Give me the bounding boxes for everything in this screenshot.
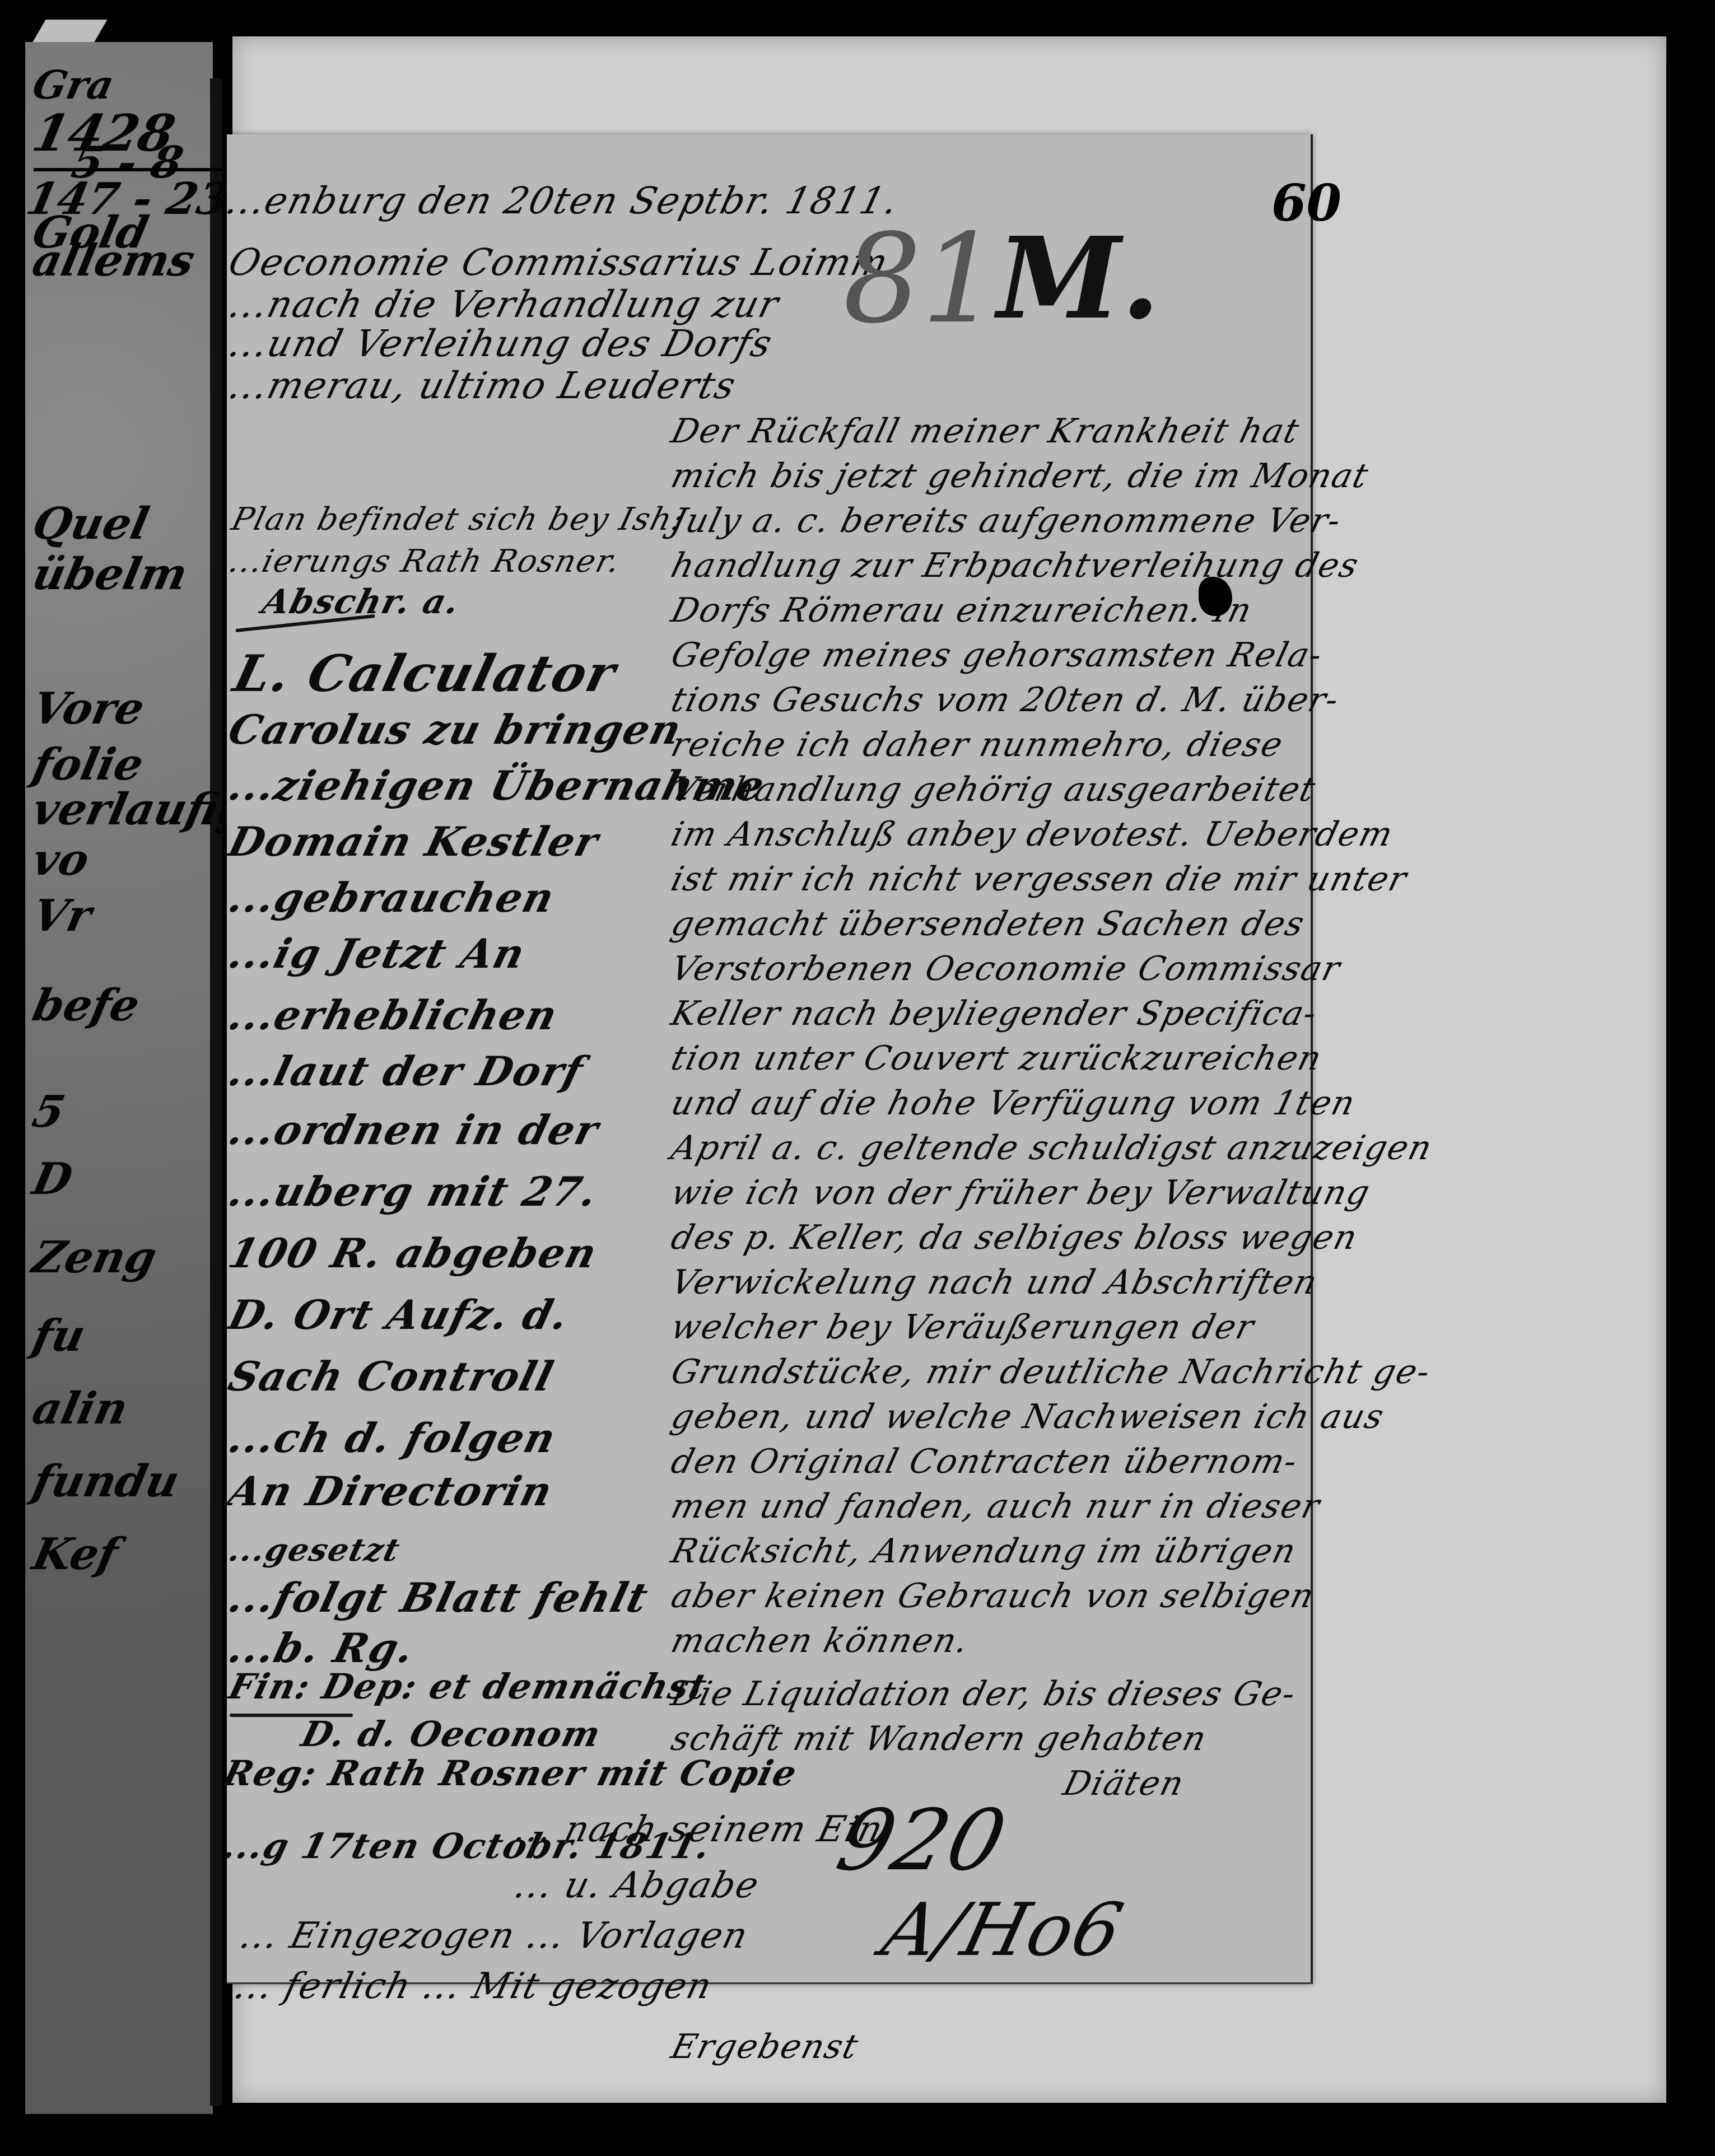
footer-line: ... nach seinem Ein bbox=[510, 1809, 888, 1850]
margin-line: ...b. Rg. bbox=[223, 1624, 420, 1672]
header-line: ...nach die Verhandlung zur bbox=[224, 283, 784, 326]
body-line: des p. Keller, da selbiges bloss wegen bbox=[667, 1218, 1362, 1257]
margin-line: ...ierungs Rath Rosner. bbox=[225, 543, 625, 580]
body-line: Gefolge meines gehorsamsten Rela- bbox=[667, 636, 1327, 675]
circled-number: 81 bbox=[843, 207, 1000, 351]
place-date: ...enburg den 20ten Septbr. 1811. bbox=[221, 179, 903, 222]
amount: 920 bbox=[828, 1792, 1016, 1889]
body-line: aber keinen Gebrauch von selbigen bbox=[667, 1576, 1318, 1616]
folio-number: 60 bbox=[1271, 174, 1341, 233]
spine-line: verlaufig bbox=[28, 784, 254, 835]
body-line: schäft mit Wandern gehabten bbox=[667, 1719, 1211, 1758]
body-line: Verwickelung nach und Abschriften bbox=[667, 1263, 1322, 1302]
margin-line: D. Ort Aufz. d. bbox=[223, 1291, 574, 1338]
body-line: im Anschluß anbey devotest. Ueberdem bbox=[667, 815, 1397, 854]
spine-tab bbox=[32, 20, 107, 42]
spine-line: Vore bbox=[28, 683, 148, 734]
body-line: geben, und welche Nachweisen ich aus bbox=[667, 1397, 1388, 1436]
body-line: Diäten bbox=[1059, 1764, 1189, 1803]
spine-line: Gra bbox=[29, 62, 118, 108]
header-line: ...merau, ultimo Leuderts bbox=[224, 364, 740, 407]
margin-line: ...gebrauchen bbox=[223, 874, 560, 921]
reference-code: A/Ho6 bbox=[874, 1887, 1132, 1972]
spine-line: übelm bbox=[28, 549, 192, 600]
spine-line: fundu bbox=[28, 1456, 184, 1507]
margin-line: Carolus zu bringen bbox=[223, 706, 687, 753]
margin-line: An Directorin bbox=[223, 1467, 558, 1515]
body-line: Grundstücke, mir deutliche Nachricht ge- bbox=[667, 1352, 1435, 1392]
margin-line: ...erheblichen bbox=[223, 991, 563, 1039]
margin-line: Domain Kestler bbox=[223, 818, 604, 865]
binding-gutter bbox=[210, 78, 222, 2106]
body-line: ist mir ich nicht vergessen die mir unte… bbox=[667, 860, 1411, 899]
margin-line: Sach Controll bbox=[223, 1352, 559, 1400]
footer-line: ... Eingezogen ... Vorlagen bbox=[236, 1915, 753, 1957]
body-line: Rücksicht, Anwendung im übrigen bbox=[667, 1532, 1301, 1571]
body-line: Verhandlung gehörig ausgearbeitet bbox=[667, 770, 1320, 809]
body-line: wie ich von der früher bey Verwaltung bbox=[667, 1173, 1374, 1212]
spine-line: befe bbox=[28, 980, 144, 1031]
spine-line: fu bbox=[28, 1310, 90, 1361]
margin-line: ...ordnen in der bbox=[223, 1106, 604, 1154]
spine-line: Quel bbox=[28, 498, 153, 549]
spine-line: Zeng bbox=[28, 1232, 161, 1283]
header-line: ...und Verleihung des Dorfs bbox=[224, 322, 777, 365]
footer-line: ... ferlich ... Mit gezogen bbox=[230, 1966, 717, 2007]
margin-line: D. d. Oeconom bbox=[297, 1714, 605, 1754]
spine-line: vo bbox=[28, 834, 94, 885]
body-line: men und fanden, auch nur in dieser bbox=[667, 1487, 1324, 1526]
body-line: und auf die hohe Verfügung vom 1ten bbox=[667, 1084, 1360, 1123]
body-line: machen können. bbox=[667, 1621, 973, 1660]
margin-line: ...folgt Blatt fehlt bbox=[223, 1574, 654, 1621]
bound-volume-spine bbox=[25, 42, 213, 2114]
body-line: Die Liquidation der, bis dieses Ge- bbox=[667, 1674, 1301, 1714]
signature: Ergebenst bbox=[667, 2027, 863, 2066]
initial-mark: M. bbox=[997, 213, 1160, 344]
body-line: Dorfs Römerau einzureichen. In bbox=[667, 591, 1256, 630]
body-line: Der Rückfall meiner Krankheit hat bbox=[667, 412, 1304, 451]
body-line: gemacht übersendeten Sachen des bbox=[667, 904, 1309, 944]
margin-line: ...laut der Dorf bbox=[223, 1047, 589, 1095]
spine-line: folie bbox=[28, 739, 148, 790]
header-line: Oeconomie Commissarius Loimm bbox=[224, 241, 893, 284]
body-line: April a. c. geltende schuldigst anzuzeig… bbox=[667, 1128, 1437, 1168]
body-line: den Original Contracten übernom- bbox=[667, 1442, 1302, 1481]
body-line: July a. c. bereits aufgenommene Ver- bbox=[667, 501, 1345, 540]
margin-line: ...gesetzt bbox=[225, 1532, 404, 1569]
body-line: welcher bey Veräußerungen der bbox=[667, 1308, 1259, 1347]
margin-line: L. Calculator bbox=[228, 644, 622, 703]
footer-line: ... u. Abgabe bbox=[510, 1865, 764, 1906]
body-line: mich bis jetzt gehindert, die im Monat bbox=[667, 456, 1373, 496]
margin-line: ...uberg mit 27. bbox=[223, 1168, 603, 1215]
spine-line: allems bbox=[28, 235, 199, 286]
body-line: tion unter Couvert zurückzureichen bbox=[667, 1039, 1326, 1078]
margin-line: ...ig Jetzt An bbox=[223, 930, 530, 977]
body-line: handlung zur Erbpachtverleihung des bbox=[667, 546, 1363, 585]
body-line: Verstorbenen Oeconomie Commissar bbox=[667, 949, 1345, 988]
spine-line: Kef bbox=[28, 1529, 123, 1580]
margin-line: 100 R. abgeben bbox=[223, 1229, 602, 1277]
body-line: reiche ich daher nunmehro, diese bbox=[667, 725, 1288, 764]
spine-line: alin bbox=[28, 1383, 132, 1434]
spine-line: Vr bbox=[28, 890, 96, 941]
body-line: Keller nach beyliegender Specifica- bbox=[667, 994, 1321, 1033]
margin-line: Reg: Rath Rosner mit Copie bbox=[219, 1753, 801, 1794]
margin-line: Plan befindet sich bey Ish: bbox=[228, 501, 688, 538]
body-line: tions Gesuchs vom 20ten d. M. über- bbox=[667, 680, 1344, 720]
margin-line: ...ch d. folgen bbox=[223, 1414, 561, 1462]
margin-line: Fin: Dep: et demnächst bbox=[225, 1666, 712, 1707]
